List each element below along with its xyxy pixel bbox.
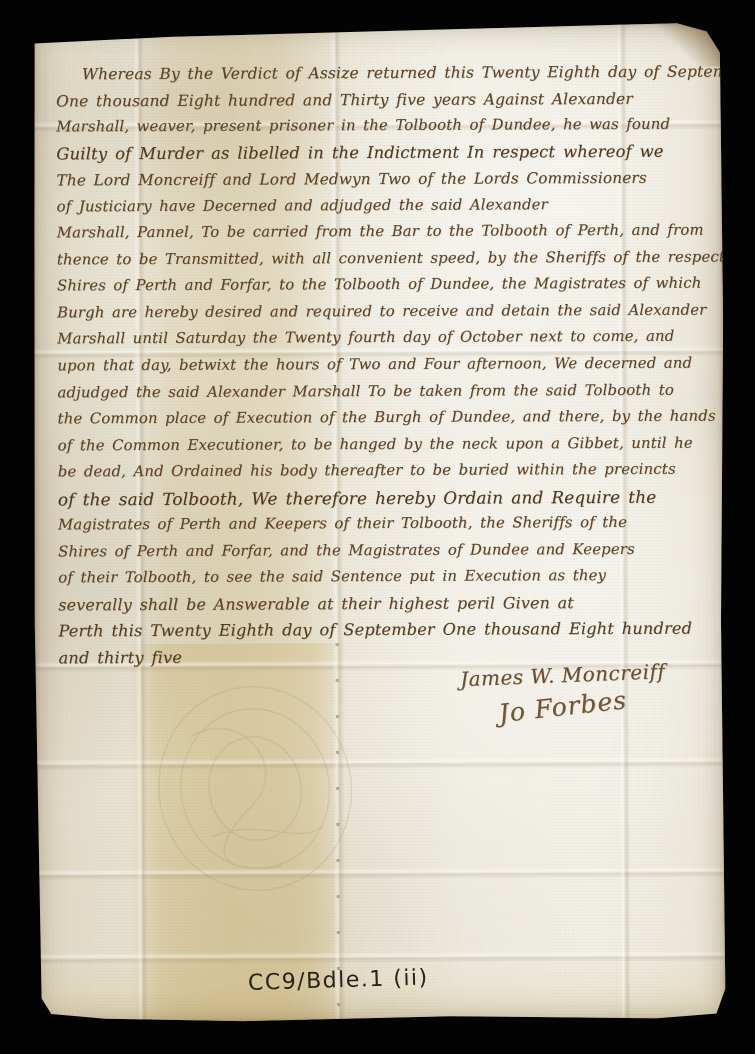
manuscript-line: Whereas By the Verdict of Assize returne…: [56, 59, 706, 88]
manuscript-line: One thousand Eight hundred and Thirty fi…: [56, 85, 706, 114]
manuscript-line: adjudged the said Alexander Marshall To …: [57, 377, 707, 406]
manuscript-line: of the said Tolbooth, We therefore hereb…: [58, 483, 708, 512]
manuscript-line: Burgh are hereby desired and required to…: [57, 297, 707, 326]
manuscript-line: The Lord Moncreiff and Lord Medwyn Two o…: [56, 165, 706, 194]
manuscript-line: upon that day, betwixt the hours of Two …: [57, 351, 707, 380]
manuscript-line: Shires of Perth and Forfar, to the Tolbo…: [57, 271, 707, 300]
fold-crease-horizontal: [35, 756, 725, 770]
embossed-seal: [151, 676, 366, 903]
manuscript-line: thence to be Transmitted, with all conve…: [57, 244, 707, 273]
edge-stain: [388, 22, 418, 32]
manuscript-line: Shires of Perth and Forfar, and the Magi…: [58, 536, 708, 565]
manuscript-line: of their Tolbooth, to see the said Sente…: [58, 563, 708, 592]
manuscript-line: Magistrates of Perth and Keepers of thei…: [58, 510, 708, 539]
manuscript-line: Marshall, weaver, present prisoner in th…: [56, 112, 706, 141]
manuscript-line: Perth this Twenty Eighth day of Septembe…: [58, 616, 708, 645]
fold-stitch-marks: [336, 643, 341, 1022]
manuscript-line: be dead, And Ordained his body thereafte…: [58, 457, 708, 486]
aged-strip-lower: [128, 643, 350, 1023]
manuscript-line: Marshall, Pannel, To be carried from the…: [57, 218, 707, 247]
paper-sheet: Whereas By the Verdict of Assize returne…: [32, 22, 726, 1023]
manuscript-line: severally shall be Answerable at their h…: [58, 590, 708, 619]
fold-crease-horizontal: [36, 866, 726, 880]
signature-block: James W. Moncreiff Jo Forbes: [427, 663, 699, 722]
manuscript-line: of the Common Executioner, to be hanged …: [58, 430, 708, 459]
archival-reference: CC9/Bdle.1 (ii): [248, 965, 429, 996]
manuscript-line: of Justiciary have Decerned and adjudged…: [57, 191, 707, 220]
manuscript-line: the Common place of Execution of the Bur…: [57, 404, 707, 433]
document-photo: Whereas By the Verdict of Assize returne…: [0, 0, 755, 1054]
fold-crease-horizontal: [36, 950, 726, 964]
manuscript-line: Guilty of Murder as libelled in the Indi…: [56, 138, 706, 167]
manuscript-text: Whereas By the Verdict of Assize returne…: [56, 59, 709, 672]
manuscript-line: Marshall until Saturday the Twenty fourt…: [57, 324, 707, 353]
